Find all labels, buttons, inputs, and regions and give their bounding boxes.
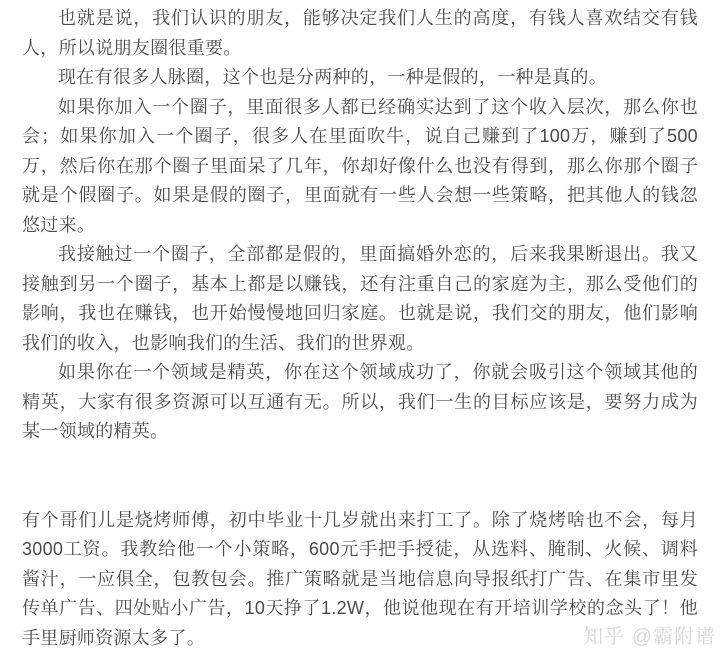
article-body: 也就是说，我们认识的朋友，能够决定我们人生的高度，有钱人喜欢结交有钱人，所以说朋… [22, 4, 698, 653]
paragraph-personal-experience: 我接触过一个圈子，全部都是假的，里面搞婚外恋的，后来我果断退出。我又接触到另一个… [22, 240, 698, 358]
zhihu-watermark: 知乎 @霸附谱 [583, 620, 716, 649]
paragraph-friends-decide-height: 也就是说，我们认识的朋友，能够决定我们人生的高度，有钱人喜欢结交有钱人，所以说朋… [22, 4, 698, 63]
paragraph-become-elite: 如果你在一个领域是精英，你在这个领域成功了，你就会吸引这个领域其他的精英，大家有… [22, 358, 698, 447]
paragraph-two-kinds-of-circles: 现在有很多人脉圈，这个也是分两种的，一种是假的，一种是真的。 [22, 63, 698, 93]
paragraph-real-vs-fake-circle: 如果你加入一个圈子，里面很多人都已经确实达到了这个收入层次，那么你也会；如果你加… [22, 93, 698, 241]
